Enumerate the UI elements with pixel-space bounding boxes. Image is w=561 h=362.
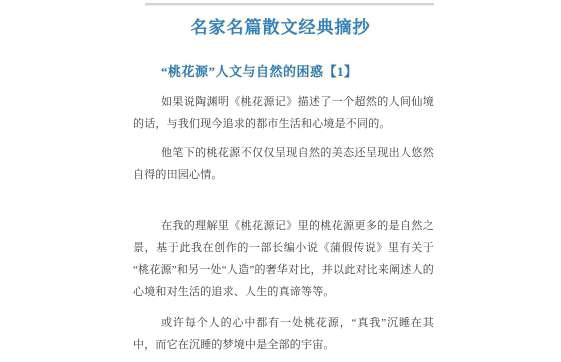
paragraph-4: 或许每个人的心中都有一处桃花源，“真我”沉睡在其中，而它在沉睡的梦境中是全部的宇… <box>133 312 434 356</box>
page-title: 名家名篇散文经典摘抄 <box>0 13 561 38</box>
body-text: 如果说陶渊明《桃花源记》描述了一个超然的人间仙境的话，与我们现今追求的都市生活和… <box>133 91 434 356</box>
paragraph-3: 在我的理解里《桃花源记》里的桃花源更多的是自然之景，基于此我在创作的一部长编小说… <box>133 215 434 303</box>
document-page: 名家名篇散文经典摘抄 “桃花源”人文与自然的困惑【1】 如果说陶渊明《桃花源记》… <box>0 0 561 362</box>
paragraph-2: 他笔下的桃花源不仅仅呈现自然的美态还呈现出人悠然自得的田园心情。 <box>133 142 434 186</box>
section-subtitle: “桃花源”人文与自然的困惑【1】 <box>161 61 358 80</box>
paragraph-1: 如果说陶渊明《桃花源记》描述了一个超然的人间仙境的话，与我们现今追求的都市生活和… <box>133 91 434 135</box>
top-divider-line <box>145 3 434 6</box>
